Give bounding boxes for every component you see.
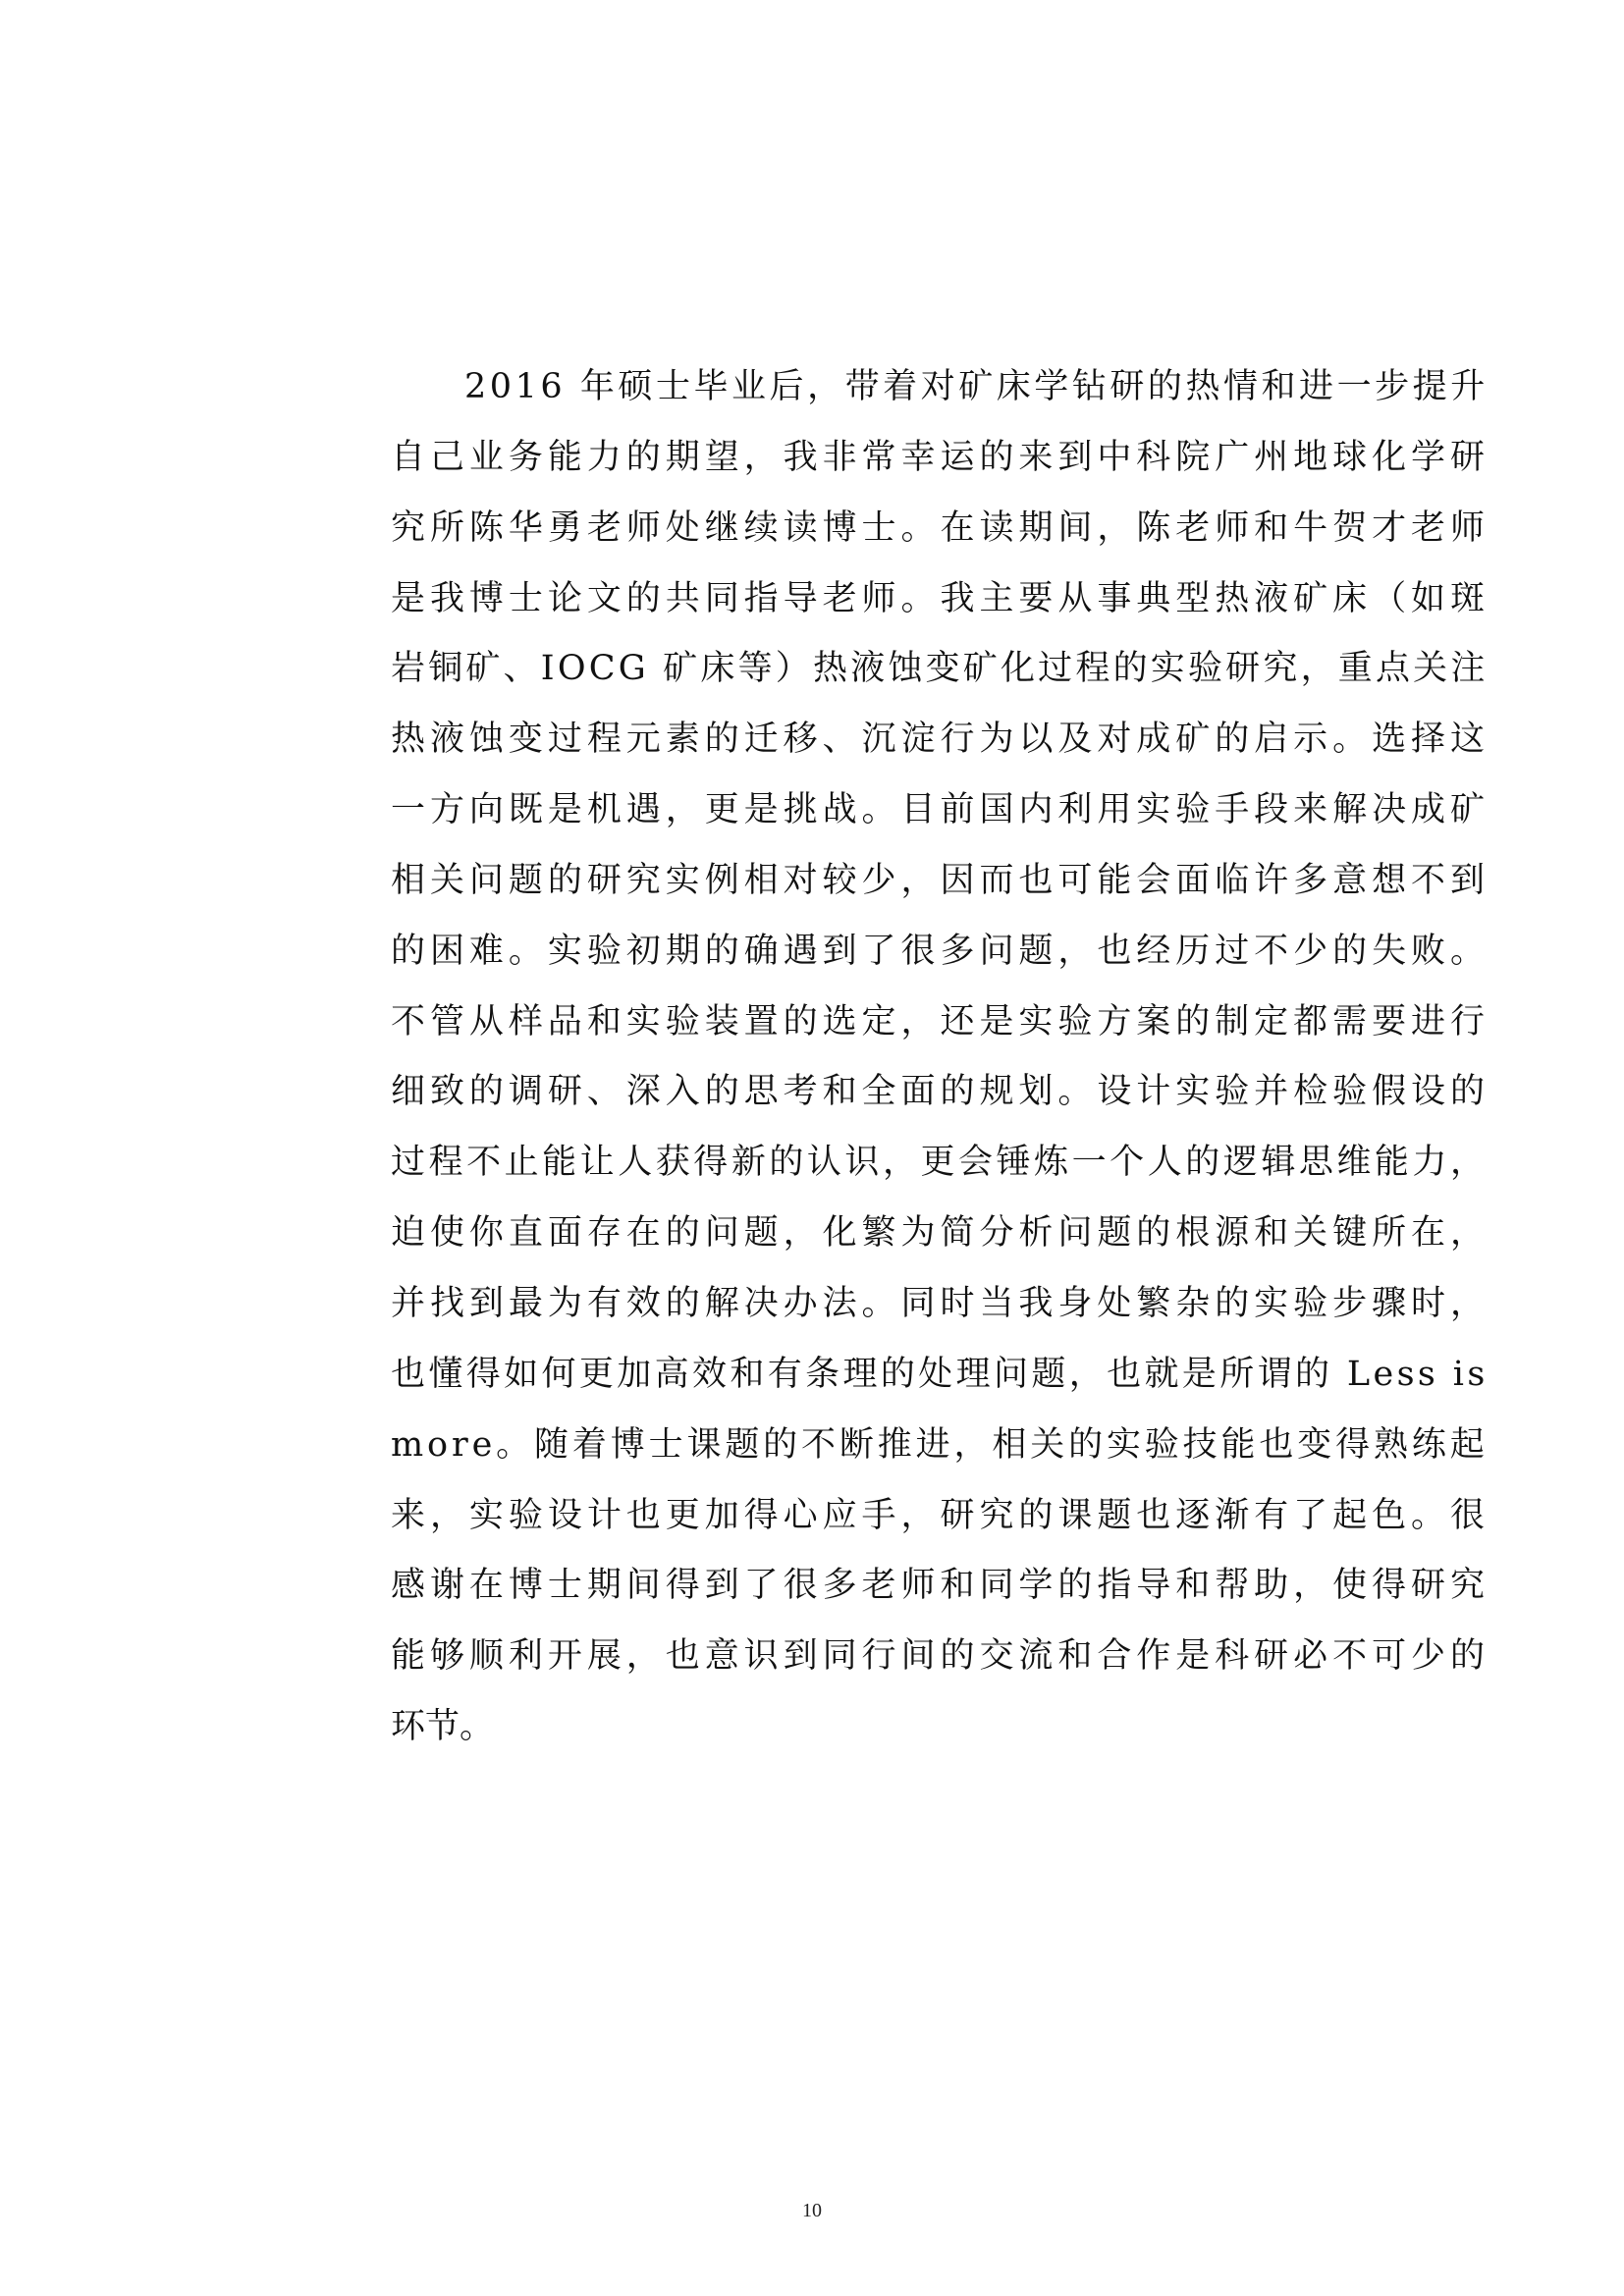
acknowledgement-paragraph: 2016 年硕士毕业后，带着对矿床学钻研的热情和进一步提升 自己业务能力的期望，…	[391, 352, 1485, 1763]
page-number: 10	[0, 2197, 1624, 2224]
paragraph-line: 是我博士论文的共同指导老师。我主要从事典型热液矿床（如斑	[391, 564, 1485, 635]
document-page: 2016 年硕士毕业后，带着对矿床学钻研的热情和进一步提升 自己业务能力的期望，…	[0, 0, 1624, 2296]
paragraph-line: 2016 年硕士毕业后，带着对矿床学钻研的热情和进一步提升	[391, 352, 1485, 423]
paragraph-line: 的困难。实验初期的确遇到了很多问题，也经历过不少的失败。	[391, 917, 1485, 988]
paragraph-line: 迫使你直面存在的问题，化繁为简分析问题的根源和关键所在，	[391, 1199, 1485, 1269]
paragraph-line: 能够顺利开展，也意识到同行间的交流和合作是科研必不可少的	[391, 1622, 1485, 1692]
paragraph-line: 也懂得如何更加高效和有条理的处理问题，也就是所谓的 Less is	[391, 1340, 1485, 1411]
paragraph-line: 并找到最为有效的解决办法。同时当我身处繁杂的实验步骤时，	[391, 1269, 1485, 1340]
paragraph-line: 过程不止能让人获得新的认识，更会锤炼一个人的逻辑思维能力，	[391, 1128, 1485, 1199]
paragraph-line: 感谢在博士期间得到了很多老师和同学的指导和帮助，使得研究	[391, 1551, 1485, 1622]
paragraph-line: 不管从样品和实验装置的选定，还是实验方案的制定都需要进行	[391, 988, 1485, 1058]
paragraph-line: 细致的调研、深入的思考和全面的规划。设计实验并检验假设的	[391, 1057, 1485, 1128]
paragraph-line: more。随着博士课题的不断推进，相关的实验技能也变得熟练起	[391, 1411, 1485, 1481]
paragraph-line: 自己业务能力的期望，我非常幸运的来到中科院广州地球化学研	[391, 423, 1485, 494]
paragraph-line: 热液蚀变过程元素的迁移、沉淀行为以及对成矿的启示。选择这	[391, 705, 1485, 775]
paragraph-line: 相关问题的研究实例相对较少，因而也可能会面临许多意想不到	[391, 846, 1485, 917]
paragraph-line: 环节。	[391, 1692, 1485, 1763]
paragraph-line: 究所陈华勇老师处继续读博士。在读期间，陈老师和牛贺才老师	[391, 494, 1485, 564]
paragraph-line: 来，实验设计也更加得心应手，研究的课题也逐渐有了起色。很	[391, 1481, 1485, 1552]
paragraph-line: 一方向既是机遇，更是挑战。目前国内利用实验手段来解决成矿	[391, 775, 1485, 846]
paragraph-line: 岩铜矿、IOCG 矿床等）热液蚀变矿化过程的实验研究，重点关注	[391, 634, 1485, 705]
